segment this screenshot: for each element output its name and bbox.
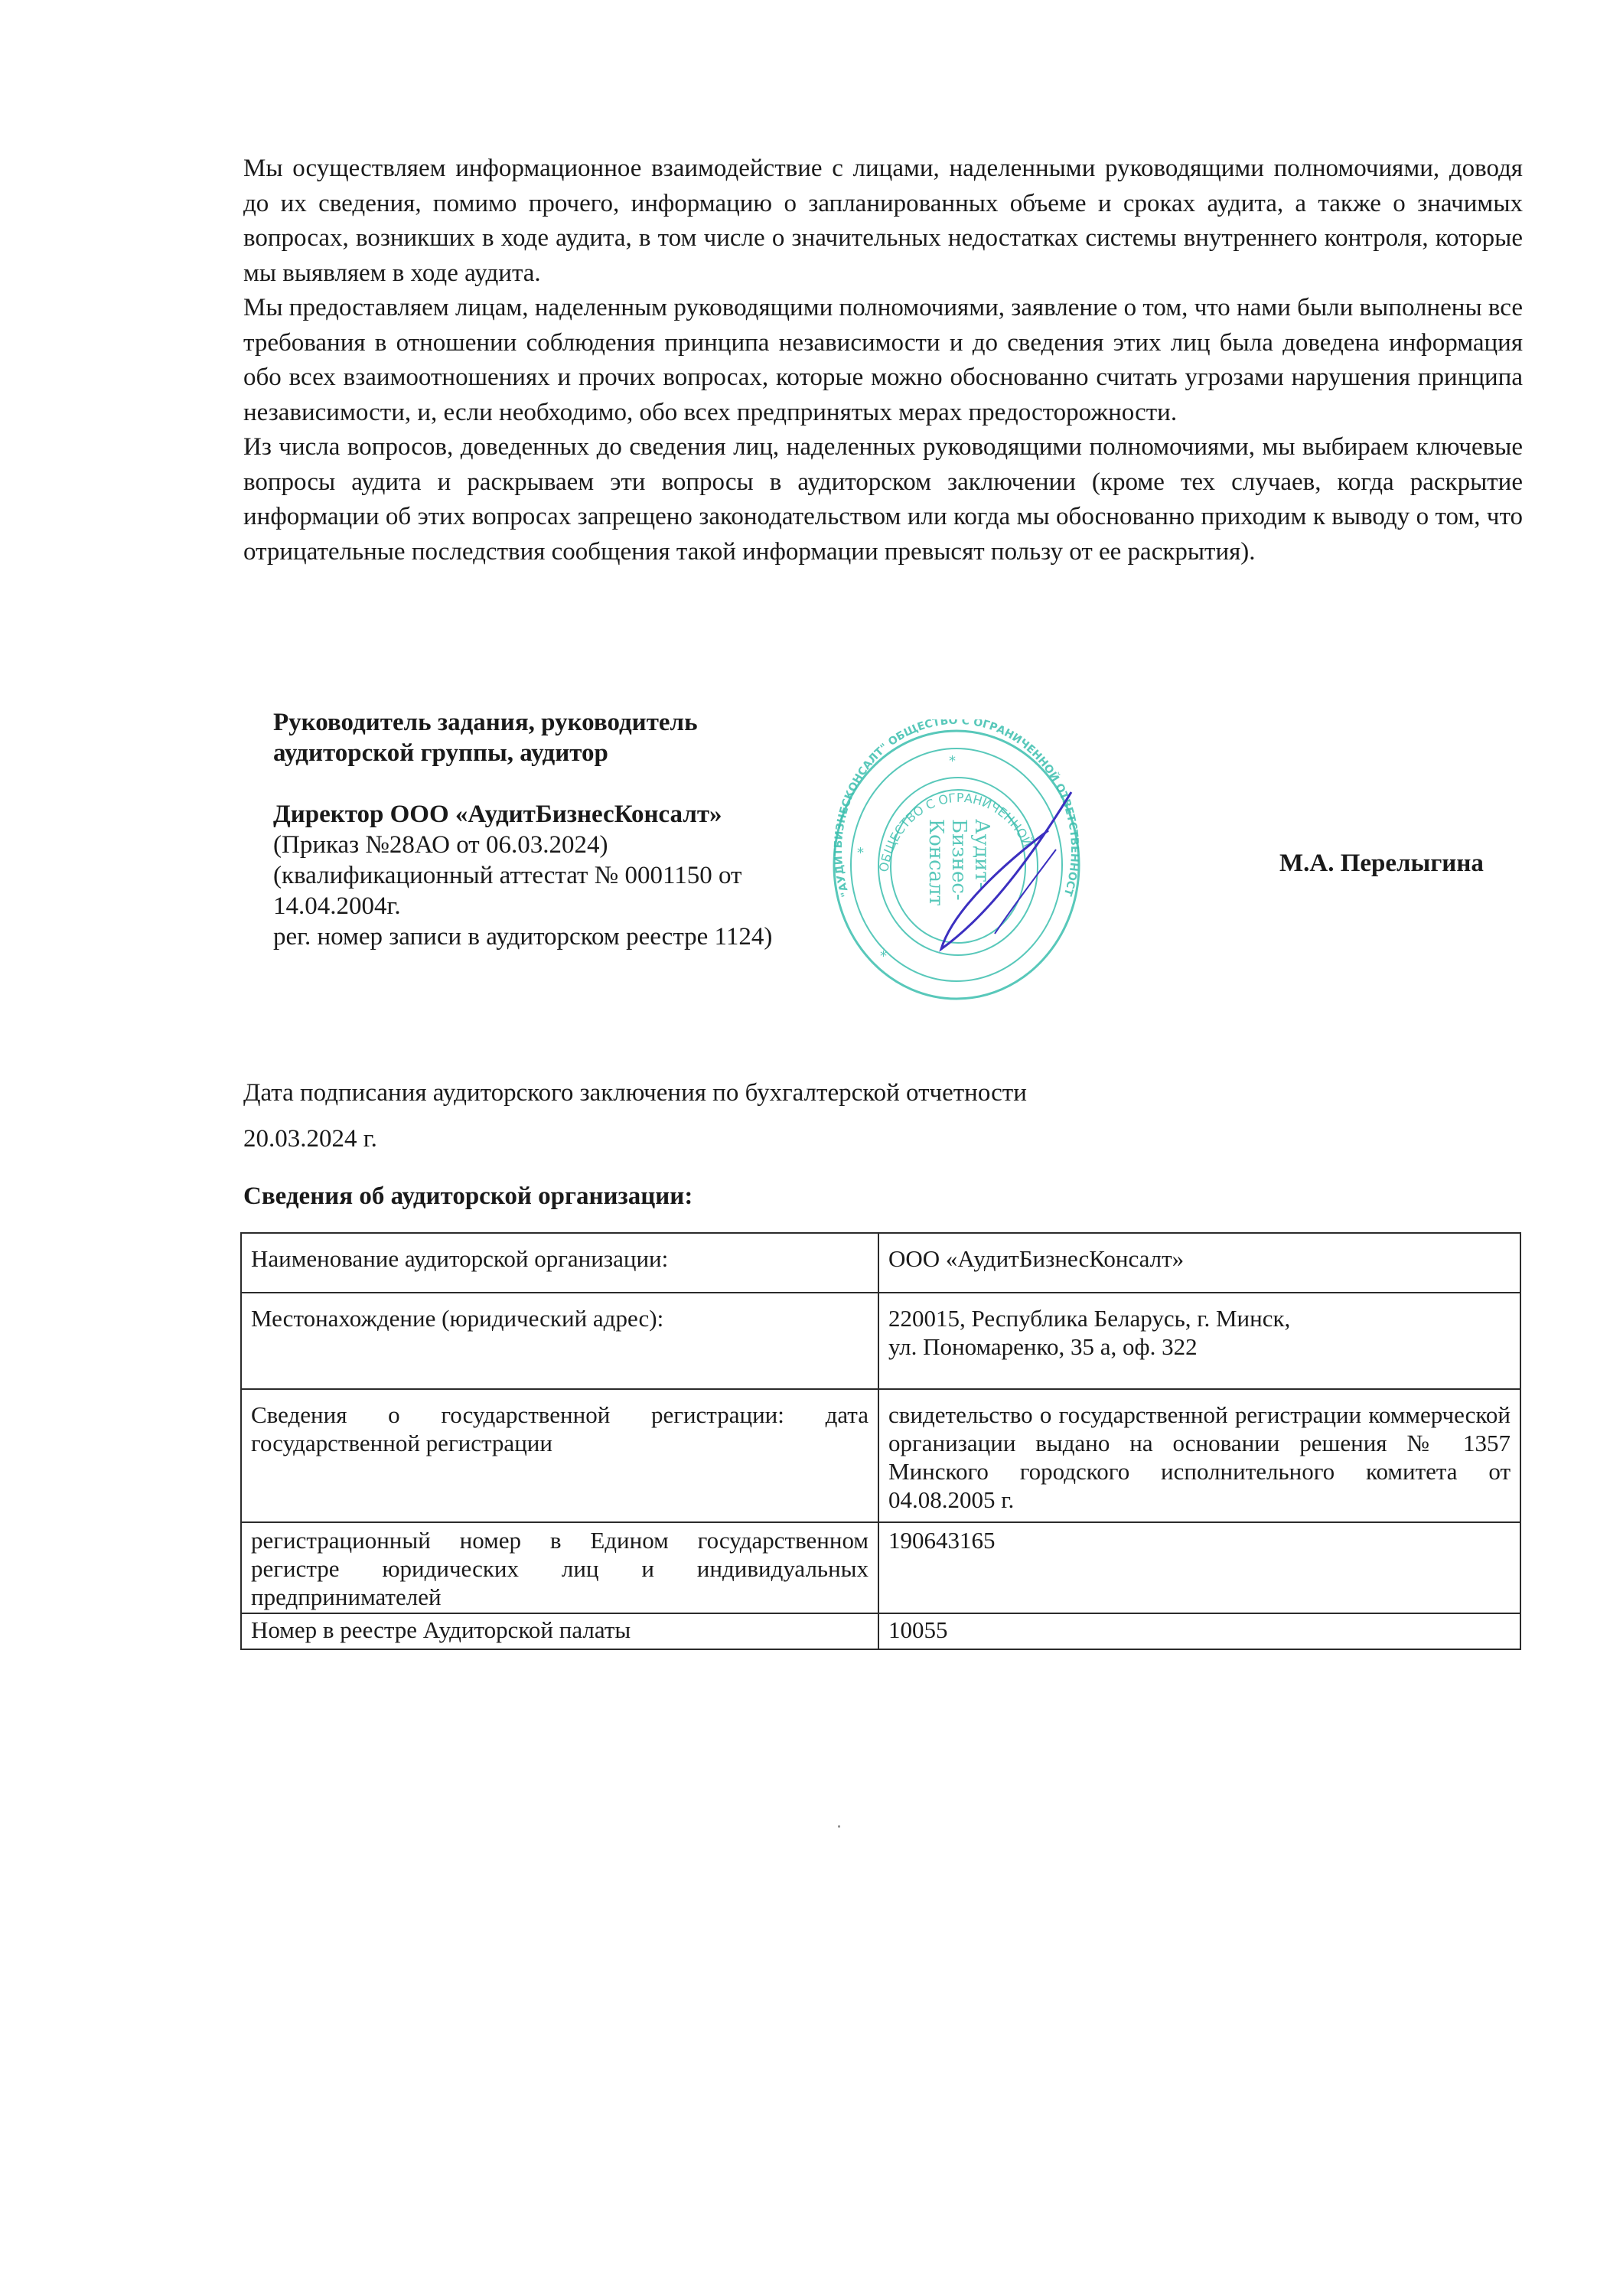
table-row: Сведения о государственной регистрации: …: [241, 1389, 1520, 1522]
registry-id-value: 190643165: [878, 1522, 1520, 1613]
certificate-line-2: 14.04.2004г.: [273, 891, 855, 921]
table-row: регистрационный номер в Едином государст…: [241, 1522, 1520, 1613]
address-value: 220015, Республика Беларусь, г. Минск, у…: [878, 1293, 1520, 1389]
order-reference: (Приказ №28АО от 06.03.2024): [273, 830, 855, 860]
body-text: Мы осуществляем информационное взаимодей…: [243, 152, 1523, 569]
table-row: Наименование аудиторской организации: ОО…: [241, 1233, 1520, 1293]
svg-text:Бизнес-: Бизнес-: [947, 819, 970, 901]
director-title: Директор ООО «АудитБизнесКонсалт»: [273, 799, 855, 830]
scan-speck: [838, 1825, 840, 1828]
paragraph-independence: Мы предоставляем лицам, наделенным руков…: [243, 291, 1523, 430]
org-name-value: ООО «АудитБизнесКонсалт»: [878, 1233, 1520, 1293]
signatory-role: Руководитель задания, руководитель аудит…: [273, 707, 855, 768]
signing-date-value: 20.03.2024 г.: [243, 1125, 377, 1153]
table-row: Номер в реестре Аудиторской палаты 10055: [241, 1613, 1520, 1649]
registration-label: Сведения о государственной регистрации: …: [241, 1389, 878, 1522]
address-label: Местонахождение (юридический адрес):: [241, 1293, 878, 1389]
svg-text:*: *: [880, 948, 887, 964]
svg-text:Консалт: Консалт: [924, 819, 947, 906]
svg-text:*: *: [949, 753, 956, 769]
registry-number: рег. номер записи в аудиторском реестре …: [273, 921, 855, 952]
org-info-table: Наименование аудиторской организации: ОО…: [240, 1232, 1521, 1650]
role-line-2: аудиторской группы, аудитор: [273, 738, 855, 768]
paragraph-communication: Мы осуществляем информационное взаимодей…: [243, 152, 1523, 291]
org-info-title: Сведения об аудиторской организации:: [243, 1182, 693, 1211]
registry-id-label: регистрационный номер в Едином государст…: [241, 1522, 878, 1613]
svg-text:Аудит-: Аудит-: [970, 819, 993, 889]
role-line-1: Руководитель задания, руководитель: [273, 707, 855, 738]
paragraph-key-audit-matters: Из числа вопросов, доведенных до сведени…: [243, 430, 1523, 569]
audit-chamber-number-value: 10055: [878, 1613, 1520, 1649]
svg-text:*: *: [857, 845, 864, 861]
company-stamp: "АУДИТБИЗНЕСКОНСАЛТ" ОБЩЕСТВО С ОГРАНИЧЕ…: [826, 719, 1094, 1006]
org-name-label: Наименование аудиторской организации:: [241, 1233, 878, 1293]
audit-chamber-number-label: Номер в реестре Аудиторской палаты: [241, 1613, 878, 1649]
signatory-block: Руководитель задания, руководитель аудит…: [273, 707, 855, 952]
registration-value: свидетельство о государственной регистра…: [878, 1389, 1520, 1522]
certificate-line-1: (квалификационный аттестат № 0001150 от: [273, 860, 855, 891]
table-row: Местонахождение (юридический адрес): 220…: [241, 1293, 1520, 1389]
signing-date-label: Дата подписания аудиторского заключения …: [243, 1079, 1027, 1107]
signatory-name: М.А. Перелыгина: [1279, 850, 1484, 878]
